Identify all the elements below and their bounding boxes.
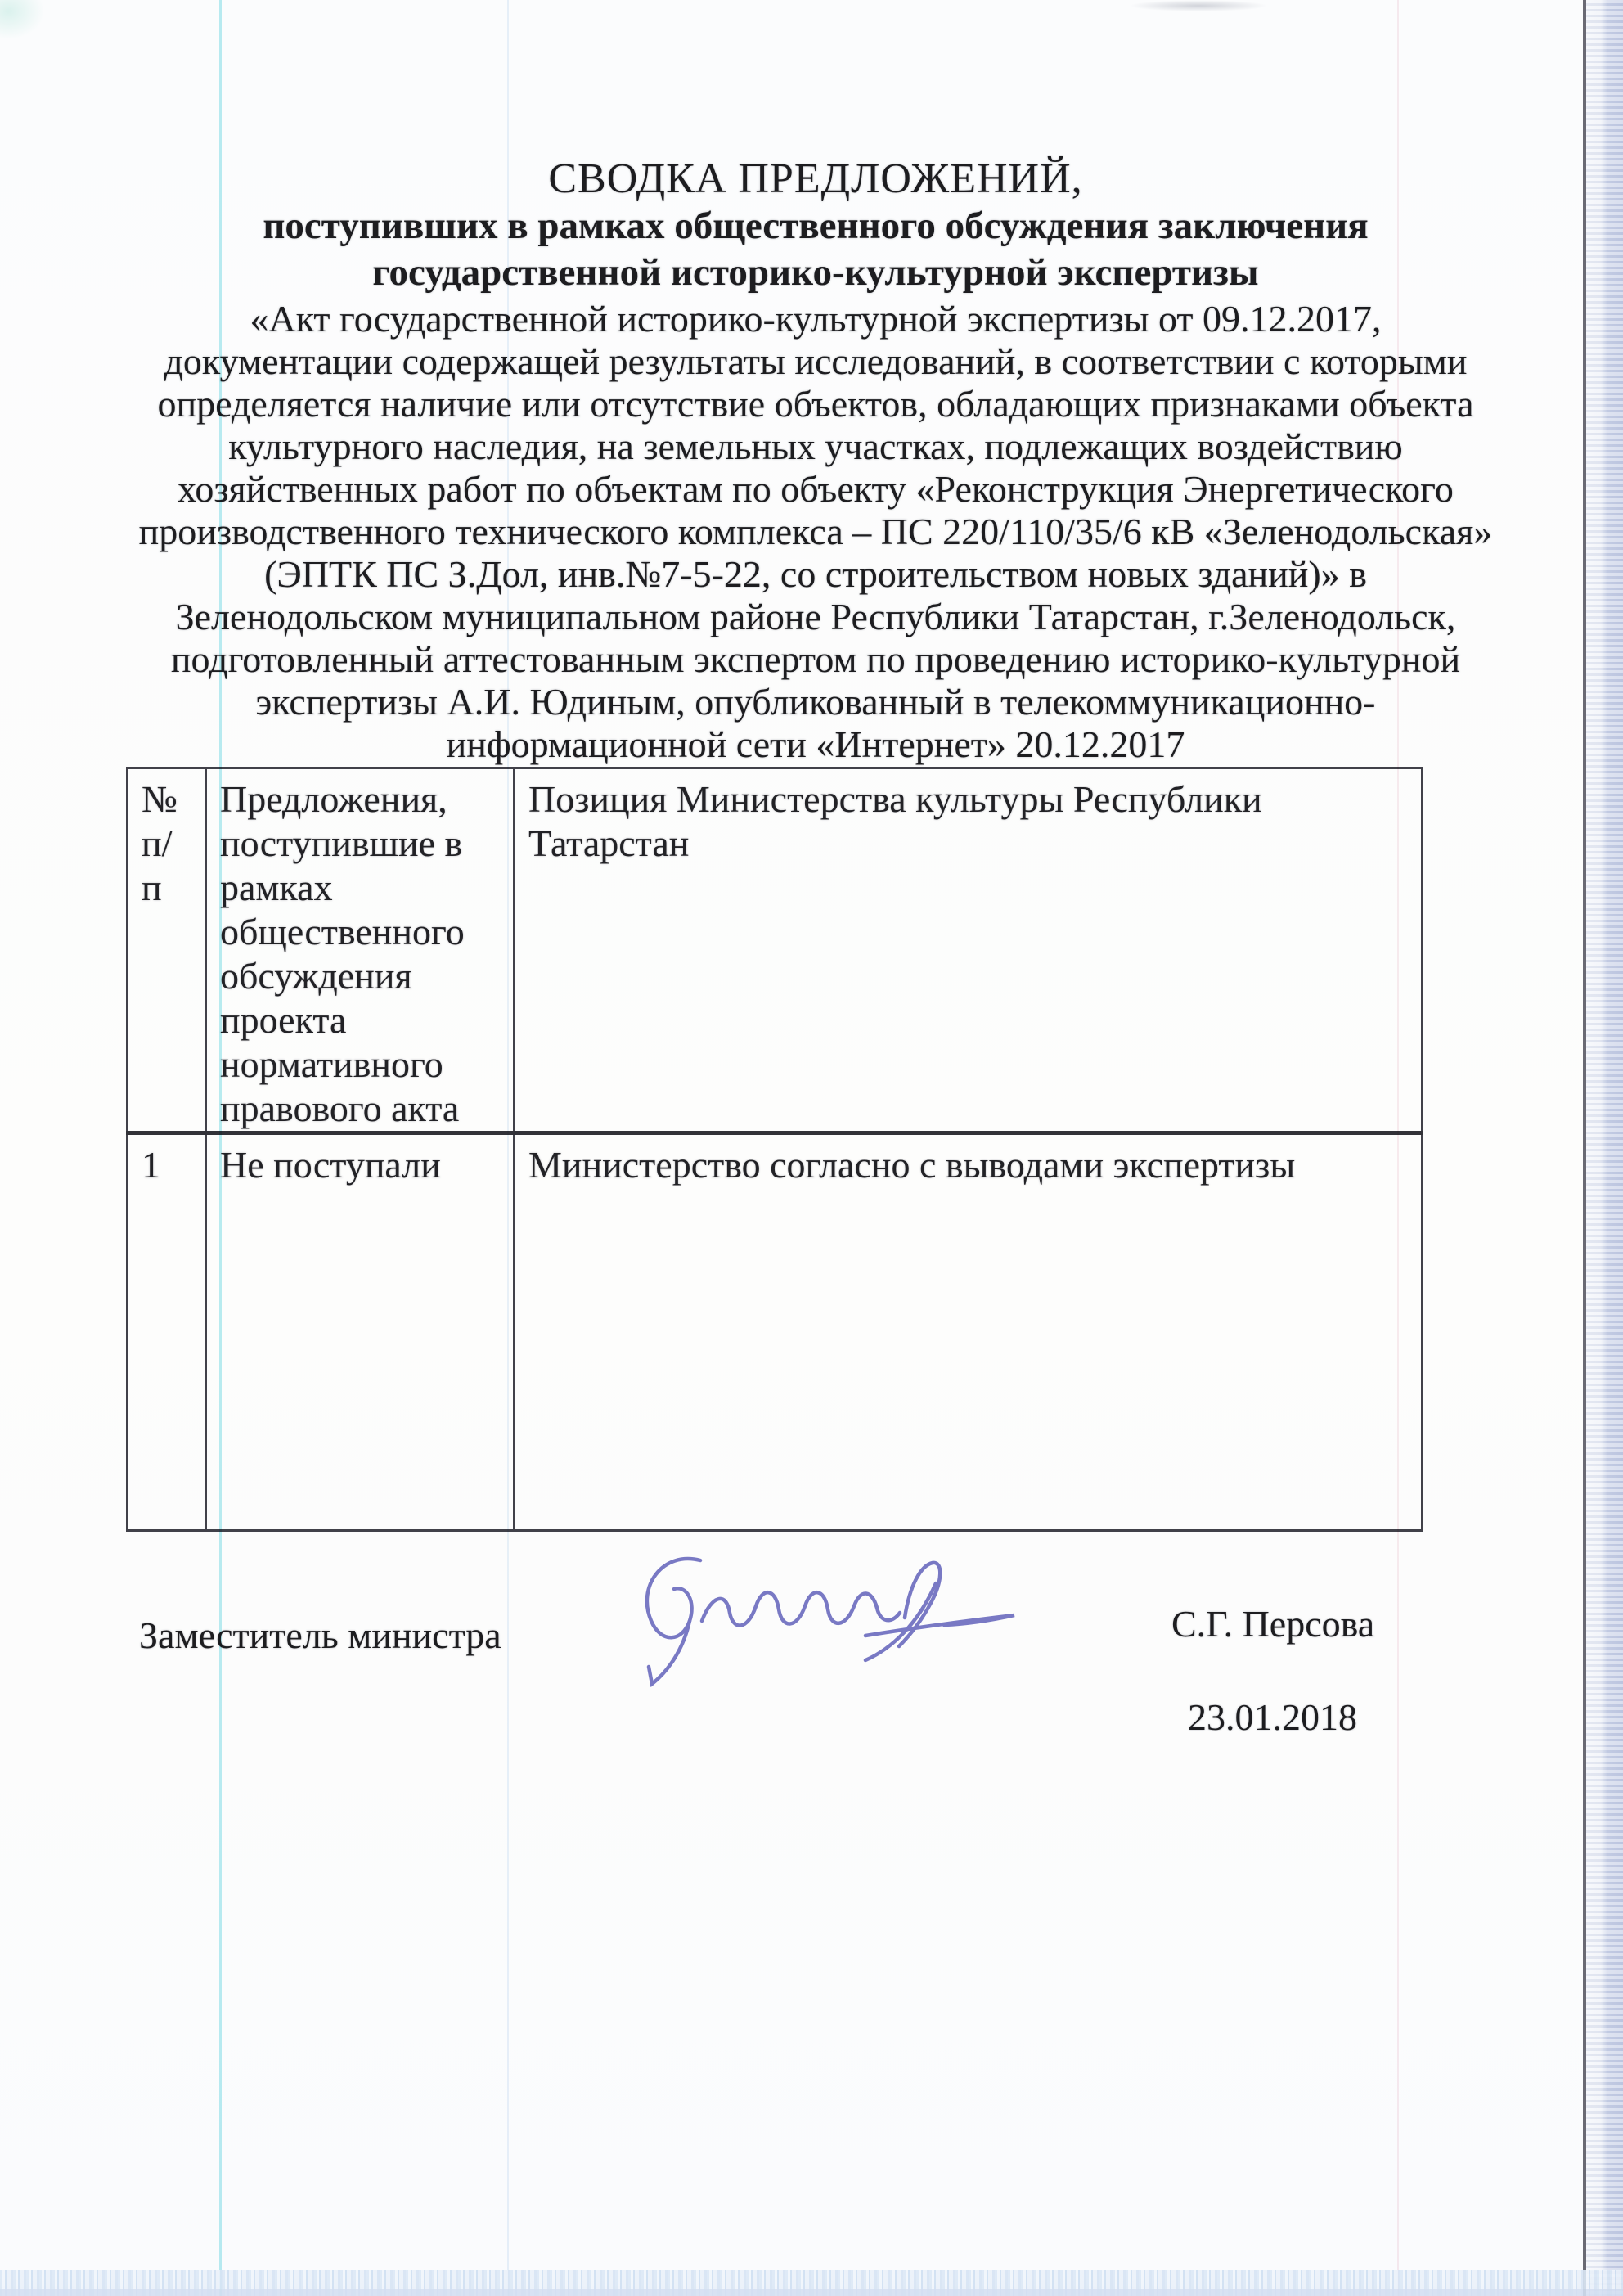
scanned-document-page: СВОДКА ПРЕДЛОЖЕНИЙ, поступивших в рамках… xyxy=(0,0,1623,2296)
column-header-num: № п/п xyxy=(128,768,206,1133)
table-row: 1 Не поступали Министерство согласно с в… xyxy=(128,1133,1423,1531)
description-line: подготовленный аттестованным экспертом п… xyxy=(47,638,1585,681)
scan-corner-mark xyxy=(0,0,43,38)
signer-role: Заместитель министра xyxy=(139,1614,501,1657)
table-header-row: № п/п Предложения, поступившие в рамках … xyxy=(128,768,1423,1133)
description-line: производственного технического комплекса… xyxy=(47,511,1585,553)
row-proposals-cell: Не поступали xyxy=(206,1133,515,1531)
row-ministry-position-cell: Министерство согласно с выводами эксперт… xyxy=(515,1133,1423,1531)
description-line: определяется наличие или отсутствие объе… xyxy=(47,383,1585,425)
handwritten-signature xyxy=(605,1542,1031,1698)
description-line: культурного наследия, на земельных участ… xyxy=(47,425,1585,468)
signer-name: С.Г. Персова xyxy=(1171,1602,1374,1645)
proposals-table: № п/п Предложения, поступившие в рамках … xyxy=(126,767,1423,1532)
description-line: «Акт государственной историко-культурной… xyxy=(47,298,1585,340)
description-line: информационной сети «Интернет» 20.12.201… xyxy=(47,723,1585,766)
document-description: «Акт государственной историко-культурной… xyxy=(47,298,1585,766)
description-line: экспертизы А.И. Юдиным, опубликованный в… xyxy=(47,681,1585,723)
scan-bottom-noise-band xyxy=(0,2270,1623,2296)
column-header-proposals: Предложения, поступившие в рамках общест… xyxy=(206,768,515,1133)
description-line: хозяйственных работ по объектам по объек… xyxy=(47,468,1585,511)
row-num-cell: 1 xyxy=(128,1133,206,1531)
document-title: СВОДКА ПРЕДЛОЖЕНИЙ, xyxy=(47,155,1585,203)
page-edge-shadow-band xyxy=(1586,0,1623,2296)
document-subtitle: поступивших в рамках общественного обсуж… xyxy=(47,203,1585,296)
signature-date: 23.01.2018 xyxy=(1188,1695,1357,1739)
scan-top-smudge xyxy=(1129,0,1268,11)
column-header-ministry-position: Позиция Министерства культуры Республики… xyxy=(515,768,1423,1133)
description-line: Зеленодольском муниципальном районе Респ… xyxy=(47,596,1585,638)
subtitle-line: государственной историко-культурной эксп… xyxy=(47,250,1585,296)
description-line: документации содержащей результаты иссле… xyxy=(47,340,1585,383)
subtitle-line: поступивших в рамках общественного обсуж… xyxy=(47,203,1585,250)
description-line: (ЭПТК ПС З.Дол, инв.№7-5-22, со строител… xyxy=(47,553,1585,596)
